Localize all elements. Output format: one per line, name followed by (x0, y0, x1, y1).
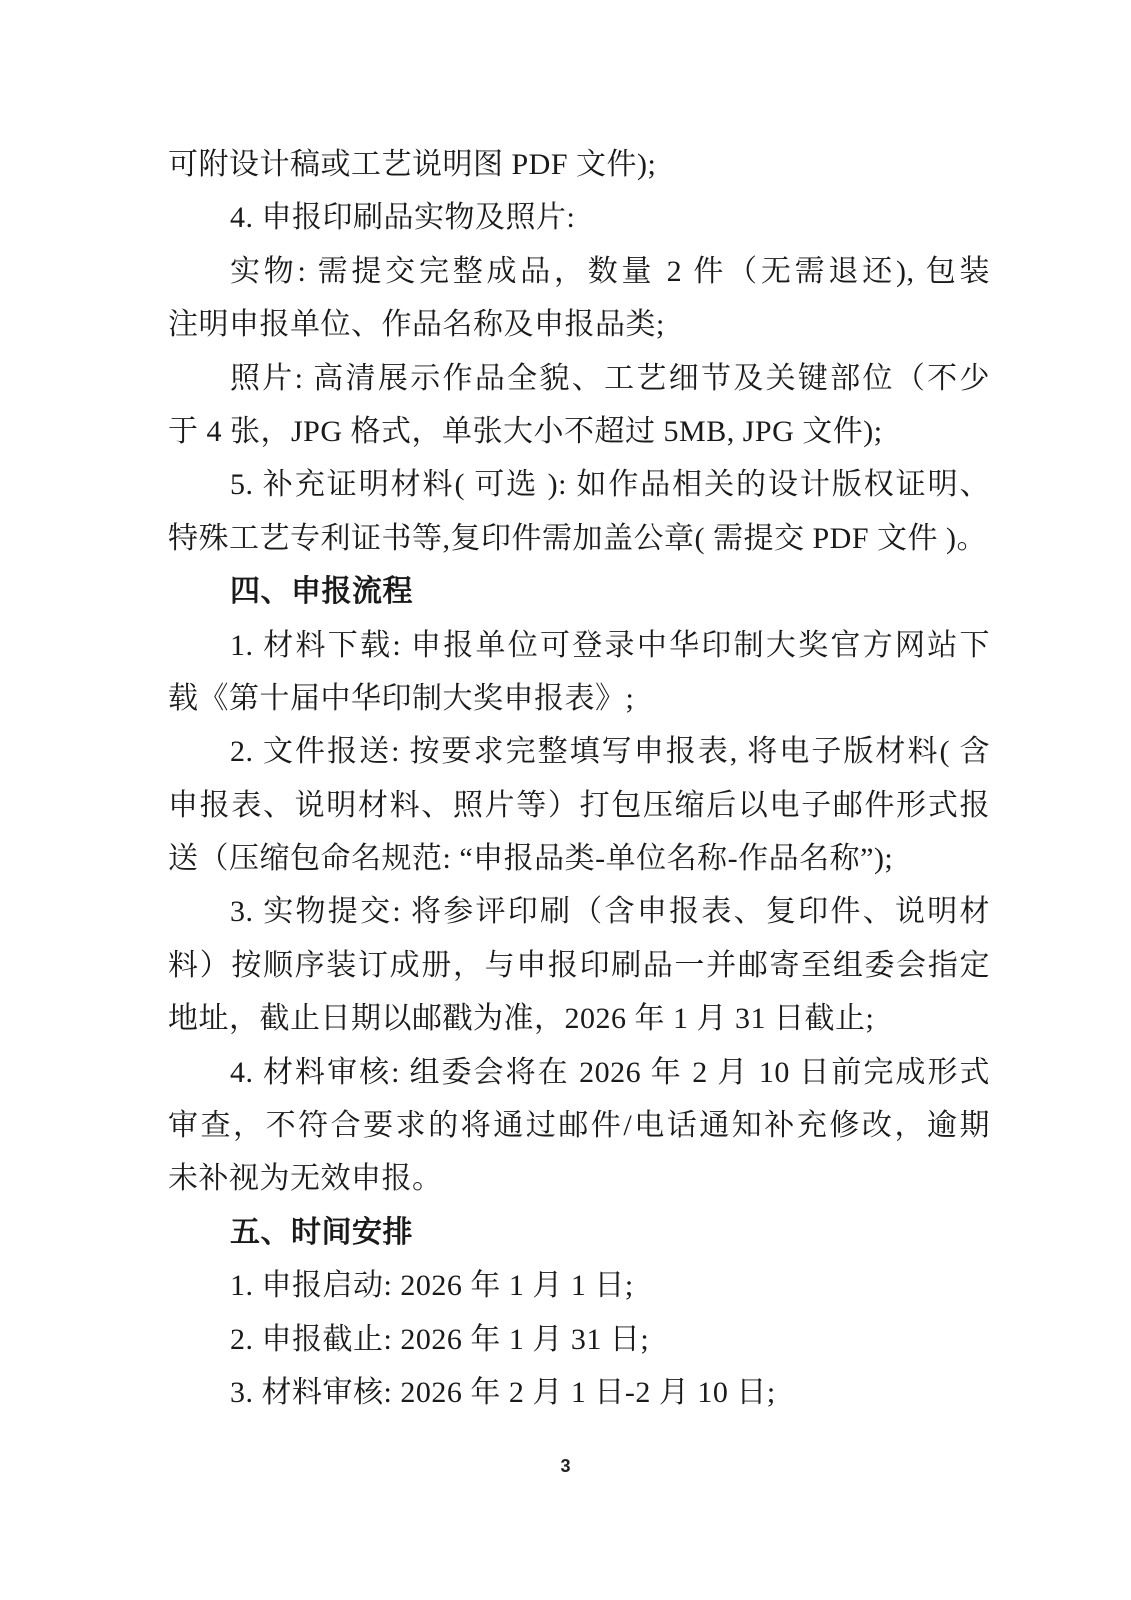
text-line: 于 4 张，JPG 格式，单张大小不超过 5MB, JPG 文件); (168, 405, 990, 458)
text-line: 实物: 需提交完整成品，数量 2 件（无需退还), 包装 (168, 245, 990, 298)
text-line: 可附设计稿或工艺说明图 PDF 文件); (168, 138, 990, 191)
text-line: 申报表、说明材料、照片等）打包压缩后以电子邮件形式报 (168, 779, 990, 832)
text-line: 3. 实物提交: 将参评印刷（含申报表、复印件、说明材 (168, 885, 990, 938)
text-line: 4. 材料审核: 组委会将在 2026 年 2 月 10 日前完成形式 (168, 1046, 990, 1099)
text-line: 审查，不符合要求的将通过邮件/电话通知补充修改，逾期 (168, 1099, 990, 1152)
page-number: 3 (560, 1456, 570, 1476)
document-page: 可附设计稿或工艺说明图 PDF 文件);4. 申报印刷品实物及照片:实物: 需提… (0, 0, 1131, 1600)
text-line: 地址，截止日期以邮戳为准，2026 年 1 月 31 日截止; (168, 992, 990, 1045)
text-line: 特殊工艺专利证书等,复印件需加盖公章( 需提交 PDF 文件 )。 (168, 512, 990, 565)
text-line: 2. 文件报送: 按要求完整填写申报表, 将电子版材料( 含 (168, 725, 990, 778)
page-footer: 3 (0, 1456, 1131, 1477)
text-line: 未补视为无效申报。 (168, 1152, 990, 1205)
text-line: 4. 申报印刷品实物及照片: (168, 191, 990, 244)
text-line: 送（压缩包命名规范: “申报品类-单位名称-作品名称”); (168, 832, 990, 885)
text-line: 5. 补充证明材料( 可选 ): 如作品相关的设计版权证明、 (168, 458, 990, 511)
section-heading: 四、申报流程 (168, 565, 990, 618)
text-line: 照片: 高清展示作品全貌、工艺细节及关键部位（不少 (168, 352, 990, 405)
text-line: 3. 材料审核: 2026 年 2 月 1 日-2 月 10 日; (168, 1366, 990, 1419)
section-heading: 五、时间安排 (168, 1206, 990, 1259)
text-line: 载《第十届中华印制大奖申报表》; (168, 672, 990, 725)
document-body: 可附设计稿或工艺说明图 PDF 文件);4. 申报印刷品实物及照片:实物: 需提… (168, 138, 990, 1419)
text-line: 注明申报单位、作品名称及申报品类; (168, 298, 990, 351)
text-line: 1. 申报启动: 2026 年 1 月 1 日; (168, 1259, 990, 1312)
text-line: 料）按顺序装订成册，与申报印刷品一并邮寄至组委会指定 (168, 939, 990, 992)
text-line: 2. 申报截止: 2026 年 1 月 31 日; (168, 1313, 990, 1366)
text-line: 1. 材料下载: 申报单位可登录中华印制大奖官方网站下 (168, 619, 990, 672)
